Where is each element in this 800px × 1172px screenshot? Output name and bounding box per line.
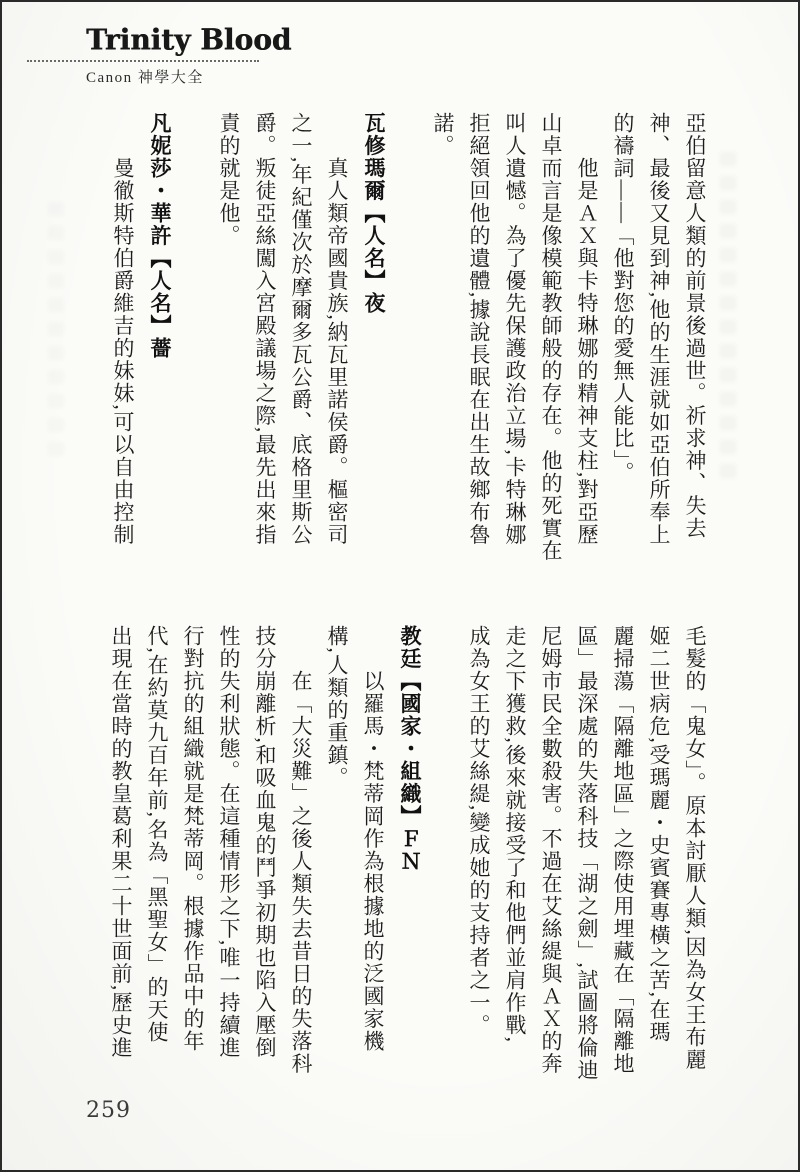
entry-text-column: 山卓而言是像模範教師般的存在。他的死實在 [540, 112, 562, 562]
entry-text-column: 毛髮的「鬼女」。原本討厭人類,因為女王布麗 [684, 625, 706, 1071]
entry-text-column: 姬二世病危,受瑪麗・史賓賽專橫之苦,在瑪 [648, 625, 670, 1044]
entry-heading-column: 教廷【國家・組織】ＦＮ [398, 625, 420, 873]
entry-text-column: 叫人遺憾。為了優先保護政治立場,卡特琳娜 [504, 112, 526, 546]
entry-text-column: 技分崩離析,和吸血鬼的鬥爭初期也陷入壓倒 [254, 625, 276, 1059]
entry-text-column: 區」最深處的失落科技「湖之劍」,試圖將倫迪 [576, 625, 598, 1082]
entry-text-column: 在「大災難」之後人類失去昔日的失落科 [290, 625, 312, 1075]
scanned-book-page: Trinity Blood Canon 神學大全 亞伯留意人類的前景後過世。祈求… [0, 0, 800, 1172]
entry-text-column: 代,在約莫九百年前,名為「黑聖女」的天使 [146, 625, 168, 1044]
entry-text-column: 爵。叛徒亞絲闖入宮殿議場之際,最先出來指 [254, 112, 276, 546]
series-subtitle: Canon 神學大全 [86, 66, 204, 87]
entry-text-column: 行對抗的組織就是梵蒂岡。根據作品中的年 [182, 625, 204, 1053]
entry-heading-column: 凡妮莎・華許【人名】薔 [148, 112, 170, 360]
page-bleedthrough-artifact [48, 202, 64, 462]
entry-text-column: 諾。 [432, 112, 454, 157]
header-dotted-rule [27, 60, 259, 62]
page-number: 259 [86, 1098, 131, 1123]
entry-text-column: 神、最後又見到神,他的生涯就如亞伯所奉上 [648, 112, 670, 546]
entry-text-column: 責的就是他。 [218, 112, 240, 247]
entry-text-column: 真人類帝國貴族,納瓦里諾侯爵。樞密司 [326, 112, 348, 546]
entry-text-block-bottom: 毛髮的「鬼女」。原本討厭人類,因為女王布麗姬二世病危,受瑪麗・史賓賽專橫之苦,在… [110, 625, 706, 1091]
series-title: Trinity Blood [86, 25, 291, 54]
entry-heading-column: 瓦修瑪爾【人名】夜 [362, 112, 384, 315]
entry-text-column: 尼姆市民全數殺害。不過在艾絲緹與ＡＸ的奔 [540, 625, 562, 1075]
entry-text-column: 的禱詞——「他對您的愛無人能比」。 [612, 112, 634, 484]
entry-text-column: 成為女王的艾絲緹,變成她的支持者之一。 [468, 625, 490, 1037]
entry-text-column: 構,人類的重鎮。 [326, 625, 348, 789]
entry-text-column: 之一,年紀僅次於摩爾多瓦公爵、底格里斯公 [290, 112, 312, 546]
entry-text-column: 走之下獲救,後來就接受了和他們並肩作戰, [504, 625, 526, 1044]
entry-text-column: 性的失利狀態。在這種情形之下,唯一持續進 [218, 625, 240, 1059]
entry-text-column: 以羅馬・梵蒂岡作為根據地的泛國家機 [362, 625, 384, 1053]
page-bleedthrough-artifact [720, 152, 736, 482]
entry-text-column: 麗掃蕩「隔離地區」之際使用埋藏在「隔離地 [612, 625, 634, 1075]
entry-text-block-top: 亞伯留意人類的前景後過世。祈求神、失去神、最後又見到神,他的生涯就如亞伯所奉上的… [112, 112, 706, 574]
entry-text-column: 亞伯留意人類的前景後過世。祈求神、失去 [684, 112, 706, 540]
entry-text-column: 曼徹斯特伯爵維吉的妹妹,可以自由控制 [112, 112, 134, 546]
entry-text-column: 他是ＡＸ與卡特琳娜的精神支柱,對亞歷 [576, 112, 598, 546]
entry-text-column: 拒絕領回他的遺體,據說長眠在出生故鄉布魯 [468, 112, 490, 546]
entry-text-column: 出現在當時的教皇葛利果二十世面前,歷史進 [110, 625, 132, 1059]
